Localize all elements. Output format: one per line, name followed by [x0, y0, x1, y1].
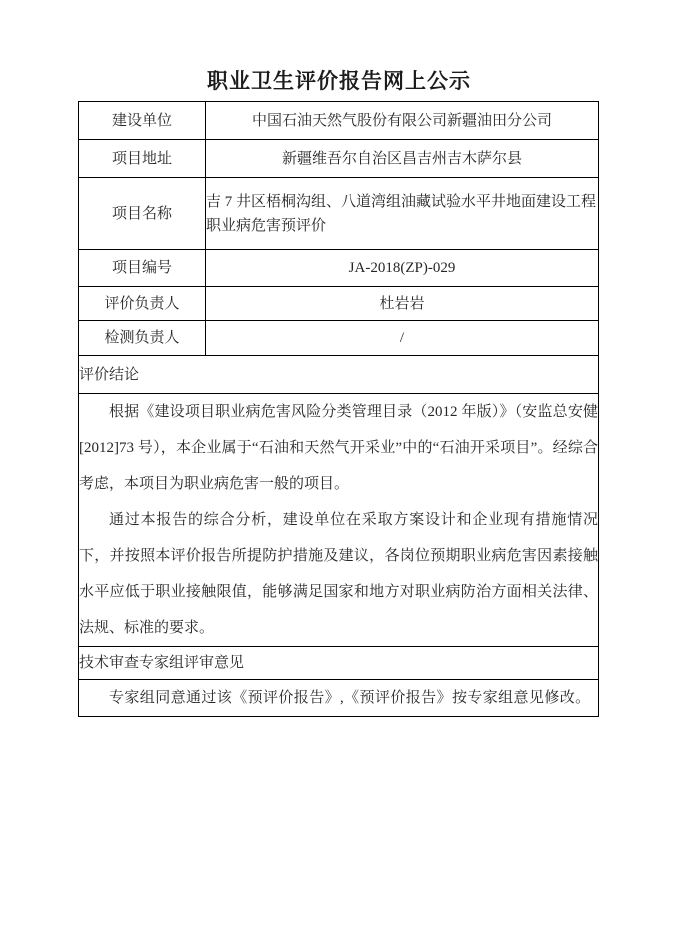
project-address-label: 项目地址 — [79, 140, 206, 178]
table-row-project-name: 项目名称 吉 7 井区梧桐沟组、八道湾组油藏试验水平井地面建设工程职业病危害预评… — [79, 178, 599, 250]
expert-opinion-text: 专家组同意通过该《预评价报告》,《预评价报告》按专家组意见修改。 — [79, 680, 599, 717]
table-row-expert-opinion: 专家组同意通过该《预评价报告》,《预评价报告》按专家组意见修改。 — [79, 680, 599, 717]
project-number-value: JA-2018(ZP)-029 — [206, 250, 599, 287]
page-title: 职业卫生评价报告网上公示 — [0, 0, 678, 96]
expert-review-header: 技术审查专家组评审意见 — [79, 647, 599, 680]
conclusion-paragraph-1: 根据《建设项目职业病危害风险分类管理目录（2012 年版）》（安监总安健[201… — [79, 394, 598, 502]
conclusion-header: 评价结论 — [79, 356, 599, 394]
project-address-value: 新疆维吾尔自治区昌吉州吉木萨尔县 — [206, 140, 599, 178]
document-page: 职业卫生评价报告网上公示 建设单位 中国石油天然气股份有限公司新疆油田分公司 项… — [0, 0, 678, 942]
report-table: 建设单位 中国石油天然气股份有限公司新疆油田分公司 项目地址 新疆维吾尔自治区昌… — [78, 101, 599, 717]
table-row-conclusion-body: 根据《建设项目职业病危害风险分类管理目录（2012 年版）》（安监总安健[201… — [79, 394, 599, 647]
conclusion-body-cell: 根据《建设项目职业病危害风险分类管理目录（2012 年版）》（安监总安健[201… — [79, 394, 599, 647]
table-row-expert-header: 技术审查专家组评审意见 — [79, 647, 599, 680]
table-row-construction-unit: 建设单位 中国石油天然气股份有限公司新疆油田分公司 — [79, 102, 599, 140]
project-name-label: 项目名称 — [79, 178, 206, 250]
table-row-conclusion-header: 评价结论 — [79, 356, 599, 394]
table-row-project-number: 项目编号 JA-2018(ZP)-029 — [79, 250, 599, 287]
evaluation-manager-label: 评价负责人 — [79, 287, 206, 321]
conclusion-paragraph-2: 通过本报告的综合分析，建设单位在采取方案设计和企业现有措施情况下，并按照本评价报… — [79, 502, 598, 646]
table-row-project-address: 项目地址 新疆维吾尔自治区昌吉州吉木萨尔县 — [79, 140, 599, 178]
construction-unit-value: 中国石油天然气股份有限公司新疆油田分公司 — [206, 102, 599, 140]
project-number-label: 项目编号 — [79, 250, 206, 287]
testing-manager-value: / — [206, 321, 599, 356]
table-row-evaluation-manager: 评价负责人 杜岩岩 — [79, 287, 599, 321]
table-row-testing-manager: 检测负责人 / — [79, 321, 599, 356]
testing-manager-label: 检测负责人 — [79, 321, 206, 356]
evaluation-manager-value: 杜岩岩 — [206, 287, 599, 321]
construction-unit-label: 建设单位 — [79, 102, 206, 140]
project-name-value: 吉 7 井区梧桐沟组、八道湾组油藏试验水平井地面建设工程职业病危害预评价 — [206, 178, 599, 250]
